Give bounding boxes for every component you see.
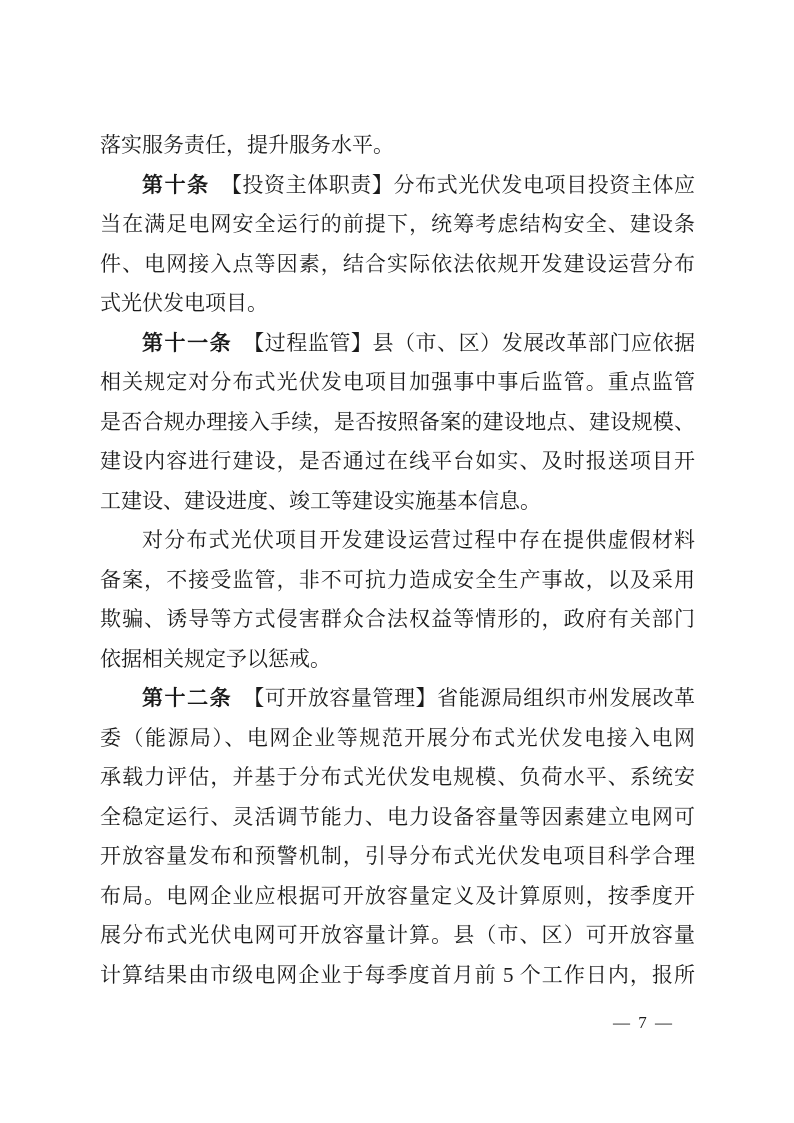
- text-line: 布局。电网企业应根据可开放容量定义及计算原则，按季度开: [100, 877, 695, 917]
- line-text: 展分布式光伏电网可开放容量计算。县（市、区）可开放容量: [100, 923, 695, 947]
- article-number: 第十一条: [142, 332, 232, 355]
- text-line: 展分布式光伏电网可开放容量计算。县（市、区）可开放容量: [100, 916, 695, 956]
- text-line-article-10: 第十条 【投资主体职责】分布式光伏发电项目投资主体应: [100, 166, 695, 206]
- article-number: 第十二条: [142, 687, 232, 710]
- line-text: 当在满足电网安全运行的前提下，统筹考虑结构安全、建设条: [100, 212, 695, 236]
- text-line-article-12: 第十二条 【可开放容量管理】省能源局组织市州发展改革: [100, 679, 695, 719]
- text-line: 式光伏发电项目。: [100, 284, 695, 324]
- line-text: 承载力评估，并基于分布式光伏发电规模、负荷水平、系统安: [100, 765, 695, 789]
- line-text: 依据相关规定予以惩戒。: [100, 647, 331, 671]
- line-text: 布局。电网企业应根据可开放容量定义及计算原则，按季度开: [100, 884, 695, 908]
- line-text: 工建设、建设进度、竣工等建设实施基本信息。: [100, 489, 541, 513]
- text-line: 计算结果由市级电网企业于每季度首月前 5 个工作日内，报所: [100, 956, 695, 996]
- document-page: 落实服务责任，提升服务水平。 第十条 【投资主体职责】分布式光伏发电项目投资主体…: [0, 0, 794, 1123]
- text-line: 建设内容进行建设，是否通过在线平台如实、及时报送项目开: [100, 442, 695, 482]
- line-text: 计算结果由市级电网企业于每季度首月前 5 个工作日内，报所: [100, 963, 695, 987]
- text-line: 是否合规办理接入手续，是否按照备案的建设地点、建设规模、: [100, 403, 695, 443]
- text-line: 全稳定运行、灵活调节能力、电力设备容量等因素建立电网可: [100, 798, 695, 838]
- text-line: 相关规定对分布式光伏发电项目加强事中事后监管。重点监管: [100, 363, 695, 403]
- text-line: 委（能源局）、电网企业等规范开展分布式光伏发电接入电网: [100, 719, 695, 759]
- text-line: 件、电网接入点等因素，结合实际依法依规开发建设运营分布: [100, 245, 695, 285]
- line-text: 建设内容进行建设，是否通过在线平台如实、及时报送项目开: [100, 449, 695, 473]
- text-line-article-11: 第十一条 【过程监管】县（市、区）发展改革部门应依据: [100, 324, 695, 364]
- line-text: 落实服务责任，提升服务水平。: [100, 133, 394, 157]
- text-line: 对分布式光伏项目开发建设运营过程中存在提供虚假材料: [100, 521, 695, 561]
- line-text: 欺骗、诱导等方式侵害群众合法权益等情形的，政府有关部门: [100, 607, 695, 631]
- text-line: 当在满足电网安全运行的前提下，统筹考虑结构安全、建设条: [100, 205, 695, 245]
- line-text: 是否合规办理接入手续，是否按照备案的建设地点、建设规模、: [100, 410, 695, 434]
- text-line: 依据相关规定予以惩戒。: [100, 640, 695, 680]
- text-line: 落实服务责任，提升服务水平。: [100, 126, 695, 166]
- text-line: 工建设、建设进度、竣工等建设实施基本信息。: [100, 482, 695, 522]
- line-text: 【可开放容量管理】省能源局组织市州发展改革: [232, 686, 695, 710]
- document-body: 落实服务责任，提升服务水平。 第十条 【投资主体职责】分布式光伏发电项目投资主体…: [100, 126, 695, 995]
- line-text: 备案，不接受监管，非不可抗力造成安全生产事故，以及采用: [100, 568, 695, 592]
- text-line: 欺骗、诱导等方式侵害群众合法权益等情形的，政府有关部门: [100, 600, 695, 640]
- line-text: 【投资主体职责】分布式光伏发电项目投资主体应: [210, 173, 695, 197]
- line-text: 【过程监管】县（市、区）发展改革部门应依据: [232, 331, 695, 355]
- text-line: 备案，不接受监管，非不可抗力造成安全生产事故，以及采用: [100, 561, 695, 601]
- line-text: 相关规定对分布式光伏发电项目加强事中事后监管。重点监管: [100, 370, 695, 394]
- line-text: 全稳定运行、灵活调节能力、电力设备容量等因素建立电网可: [100, 805, 695, 829]
- text-line: 承载力评估，并基于分布式光伏发电规模、负荷水平、系统安: [100, 758, 695, 798]
- text-line: 开放容量发布和预警机制，引导分布式光伏发电项目科学合理: [100, 837, 695, 877]
- article-number: 第十条: [142, 174, 210, 197]
- line-text: 件、电网接入点等因素，结合实际依法依规开发建设运营分布: [100, 252, 695, 276]
- page-number: — 7 —: [613, 1013, 674, 1033]
- line-text: 对分布式光伏项目开发建设运营过程中存在提供虚假材料: [142, 528, 695, 552]
- line-text: 开放容量发布和预警机制，引导分布式光伏发电项目科学合理: [100, 844, 695, 868]
- line-text: 委（能源局）、电网企业等规范开展分布式光伏发电接入电网: [100, 726, 695, 750]
- line-text: 式光伏发电项目。: [100, 291, 268, 315]
